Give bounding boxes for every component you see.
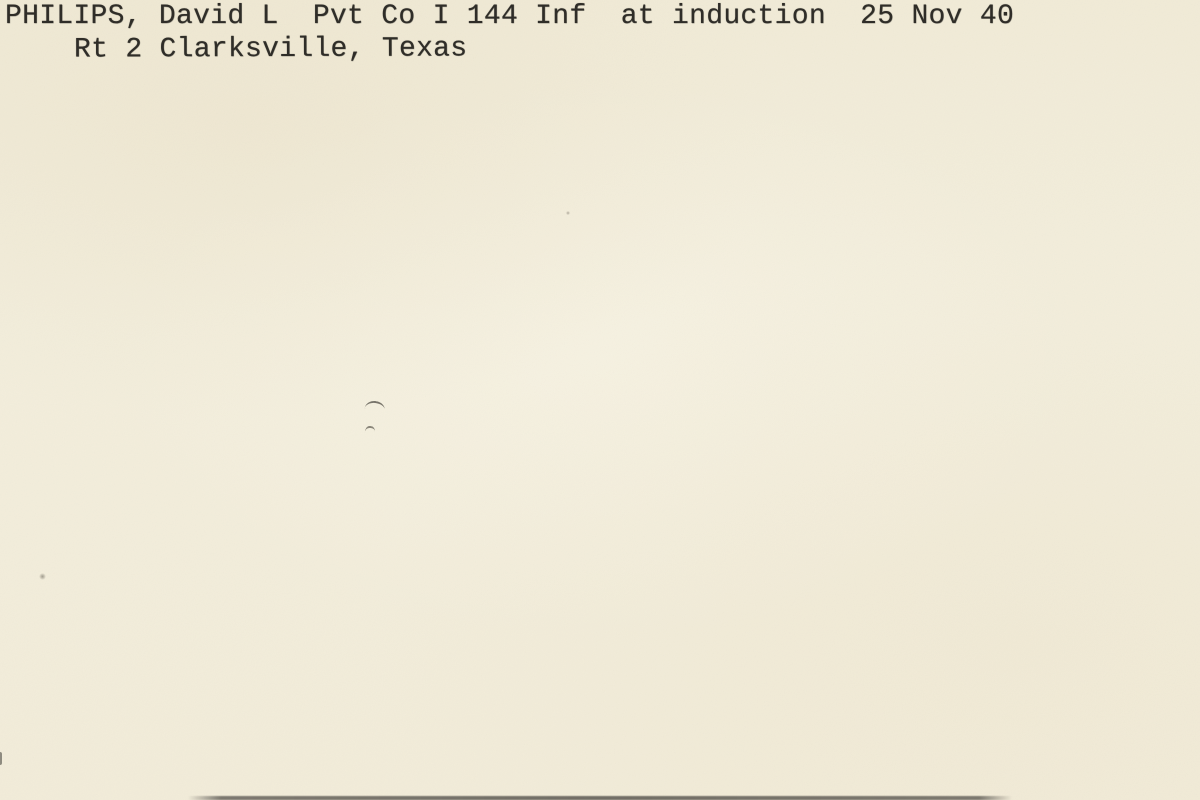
paper-grain-texture (0, 0, 1200, 800)
typed-line-address: Rt 2 Clarksville, Texas (74, 35, 467, 64)
pencil-dash-mark (365, 400, 386, 411)
bottom-scan-edge-shadow (188, 796, 1012, 800)
paper-speck (566, 211, 570, 215)
pencil-dash-mark-small (365, 426, 375, 434)
scanned-index-card: PHILIPS, David L Pvt Co I 144 Inf at ind… (0, 0, 1200, 800)
typed-line-name-rank-unit-date: PHILIPS, David L Pvt Co I 144 Inf at ind… (5, 3, 1014, 31)
left-scan-edge-artifact (0, 752, 2, 765)
paper-speck (39, 573, 46, 580)
